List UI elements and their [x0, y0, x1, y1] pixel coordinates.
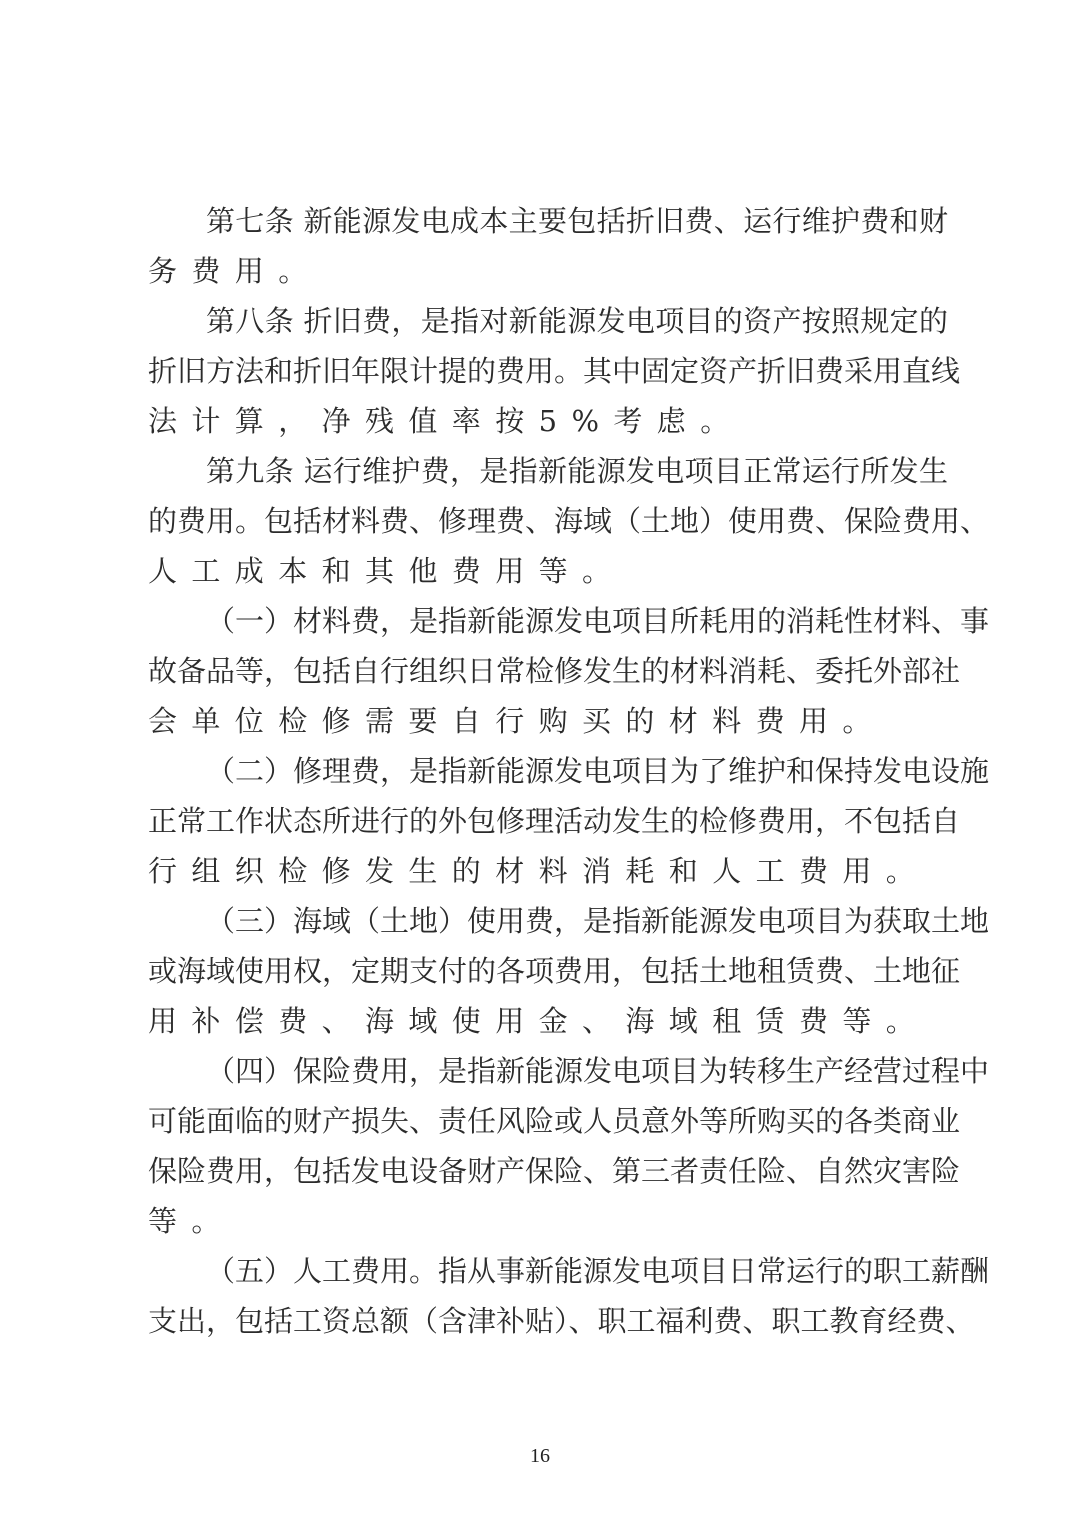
text-line: 正常工作状态所进行的外包修理活动发生的检修费用，不包括自	[148, 796, 948, 846]
text-line: 等。	[148, 1196, 948, 1246]
paragraph-item-repair: （二）修理费，是指新能源发电项目为了维护和保持发电设施 正常工作状态所进行的外包…	[148, 746, 948, 896]
paragraph-item-labor: （五）人工费用。指从事新能源发电项目日常运行的职工薪酬 支出，包括工资总额（含津…	[148, 1246, 948, 1346]
text-line: 或海域使用权，定期支付的各项费用，包括土地租赁费、土地征	[148, 946, 948, 996]
text-line: 法计算，净残值率按5%考虑。	[148, 396, 948, 446]
text-line: （四）保险费用，是指新能源发电项目为转移生产经营过程中	[148, 1046, 948, 1096]
text-line: 折旧方法和折旧年限计提的费用。其中固定资产折旧费采用直线	[148, 346, 948, 396]
text-line: 可能面临的财产损失、责任风险或人员意外等所购买的各类商业	[148, 1096, 948, 1146]
text-line: 行组织检修发生的材料消耗和人工费用。	[148, 846, 948, 896]
paragraph-article-8: 第八条 折旧费，是指对新能源发电项目的资产按照规定的 折旧方法和折旧年限计提的费…	[148, 296, 948, 446]
text-line: 第八条 折旧费，是指对新能源发电项目的资产按照规定的	[148, 296, 948, 346]
document-page: 第七条 新能源发电成本主要包括折旧费、运行维护费和财 务费用。 第八条 折旧费，…	[0, 0, 1080, 1527]
text-line: （三）海域（土地）使用费，是指新能源发电项目为获取土地	[148, 896, 948, 946]
text-line: （五）人工费用。指从事新能源发电项目日常运行的职工薪酬	[148, 1246, 948, 1296]
document-body: 第七条 新能源发电成本主要包括折旧费、运行维护费和财 务费用。 第八条 折旧费，…	[148, 196, 948, 1346]
paragraph-article-7: 第七条 新能源发电成本主要包括折旧费、运行维护费和财 务费用。	[148, 196, 948, 296]
text-line: （二）修理费，是指新能源发电项目为了维护和保持发电设施	[148, 746, 948, 796]
page-number: 16	[0, 1445, 1080, 1468]
text-line: 用补偿费、海域使用金、海域租赁费等。	[148, 996, 948, 1046]
text-line: 的费用。包括材料费、修理费、海域（土地）使用费、保险费用、	[148, 496, 948, 546]
text-line: 第九条 运行维护费，是指新能源发电项目正常运行所发生	[148, 446, 948, 496]
paragraph-item-materials: （一）材料费，是指新能源发电项目所耗用的消耗性材料、事 故备品等，包括自行组织日…	[148, 596, 948, 746]
text-line: 人工成本和其他费用等。	[148, 546, 948, 596]
text-line: 第七条 新能源发电成本主要包括折旧费、运行维护费和财	[148, 196, 948, 246]
paragraph-article-9: 第九条 运行维护费，是指新能源发电项目正常运行所发生 的费用。包括材料费、修理费…	[148, 446, 948, 596]
paragraph-item-land-sea-use: （三）海域（土地）使用费，是指新能源发电项目为获取土地 或海域使用权，定期支付的…	[148, 896, 948, 1046]
text-line: 支出，包括工资总额（含津补贴）、职工福利费、职工教育经费、	[148, 1296, 948, 1346]
text-line: 保险费用，包括发电设备财产保险、第三者责任险、自然灾害险	[148, 1146, 948, 1196]
text-line: 务费用。	[148, 246, 948, 296]
text-line: 会单位检修需要自行购买的材料费用。	[148, 696, 948, 746]
text-line: 故备品等，包括自行组织日常检修发生的材料消耗、委托外部社	[148, 646, 948, 696]
paragraph-item-insurance: （四）保险费用，是指新能源发电项目为转移生产经营过程中 可能面临的财产损失、责任…	[148, 1046, 948, 1246]
text-line: （一）材料费，是指新能源发电项目所耗用的消耗性材料、事	[148, 596, 948, 646]
